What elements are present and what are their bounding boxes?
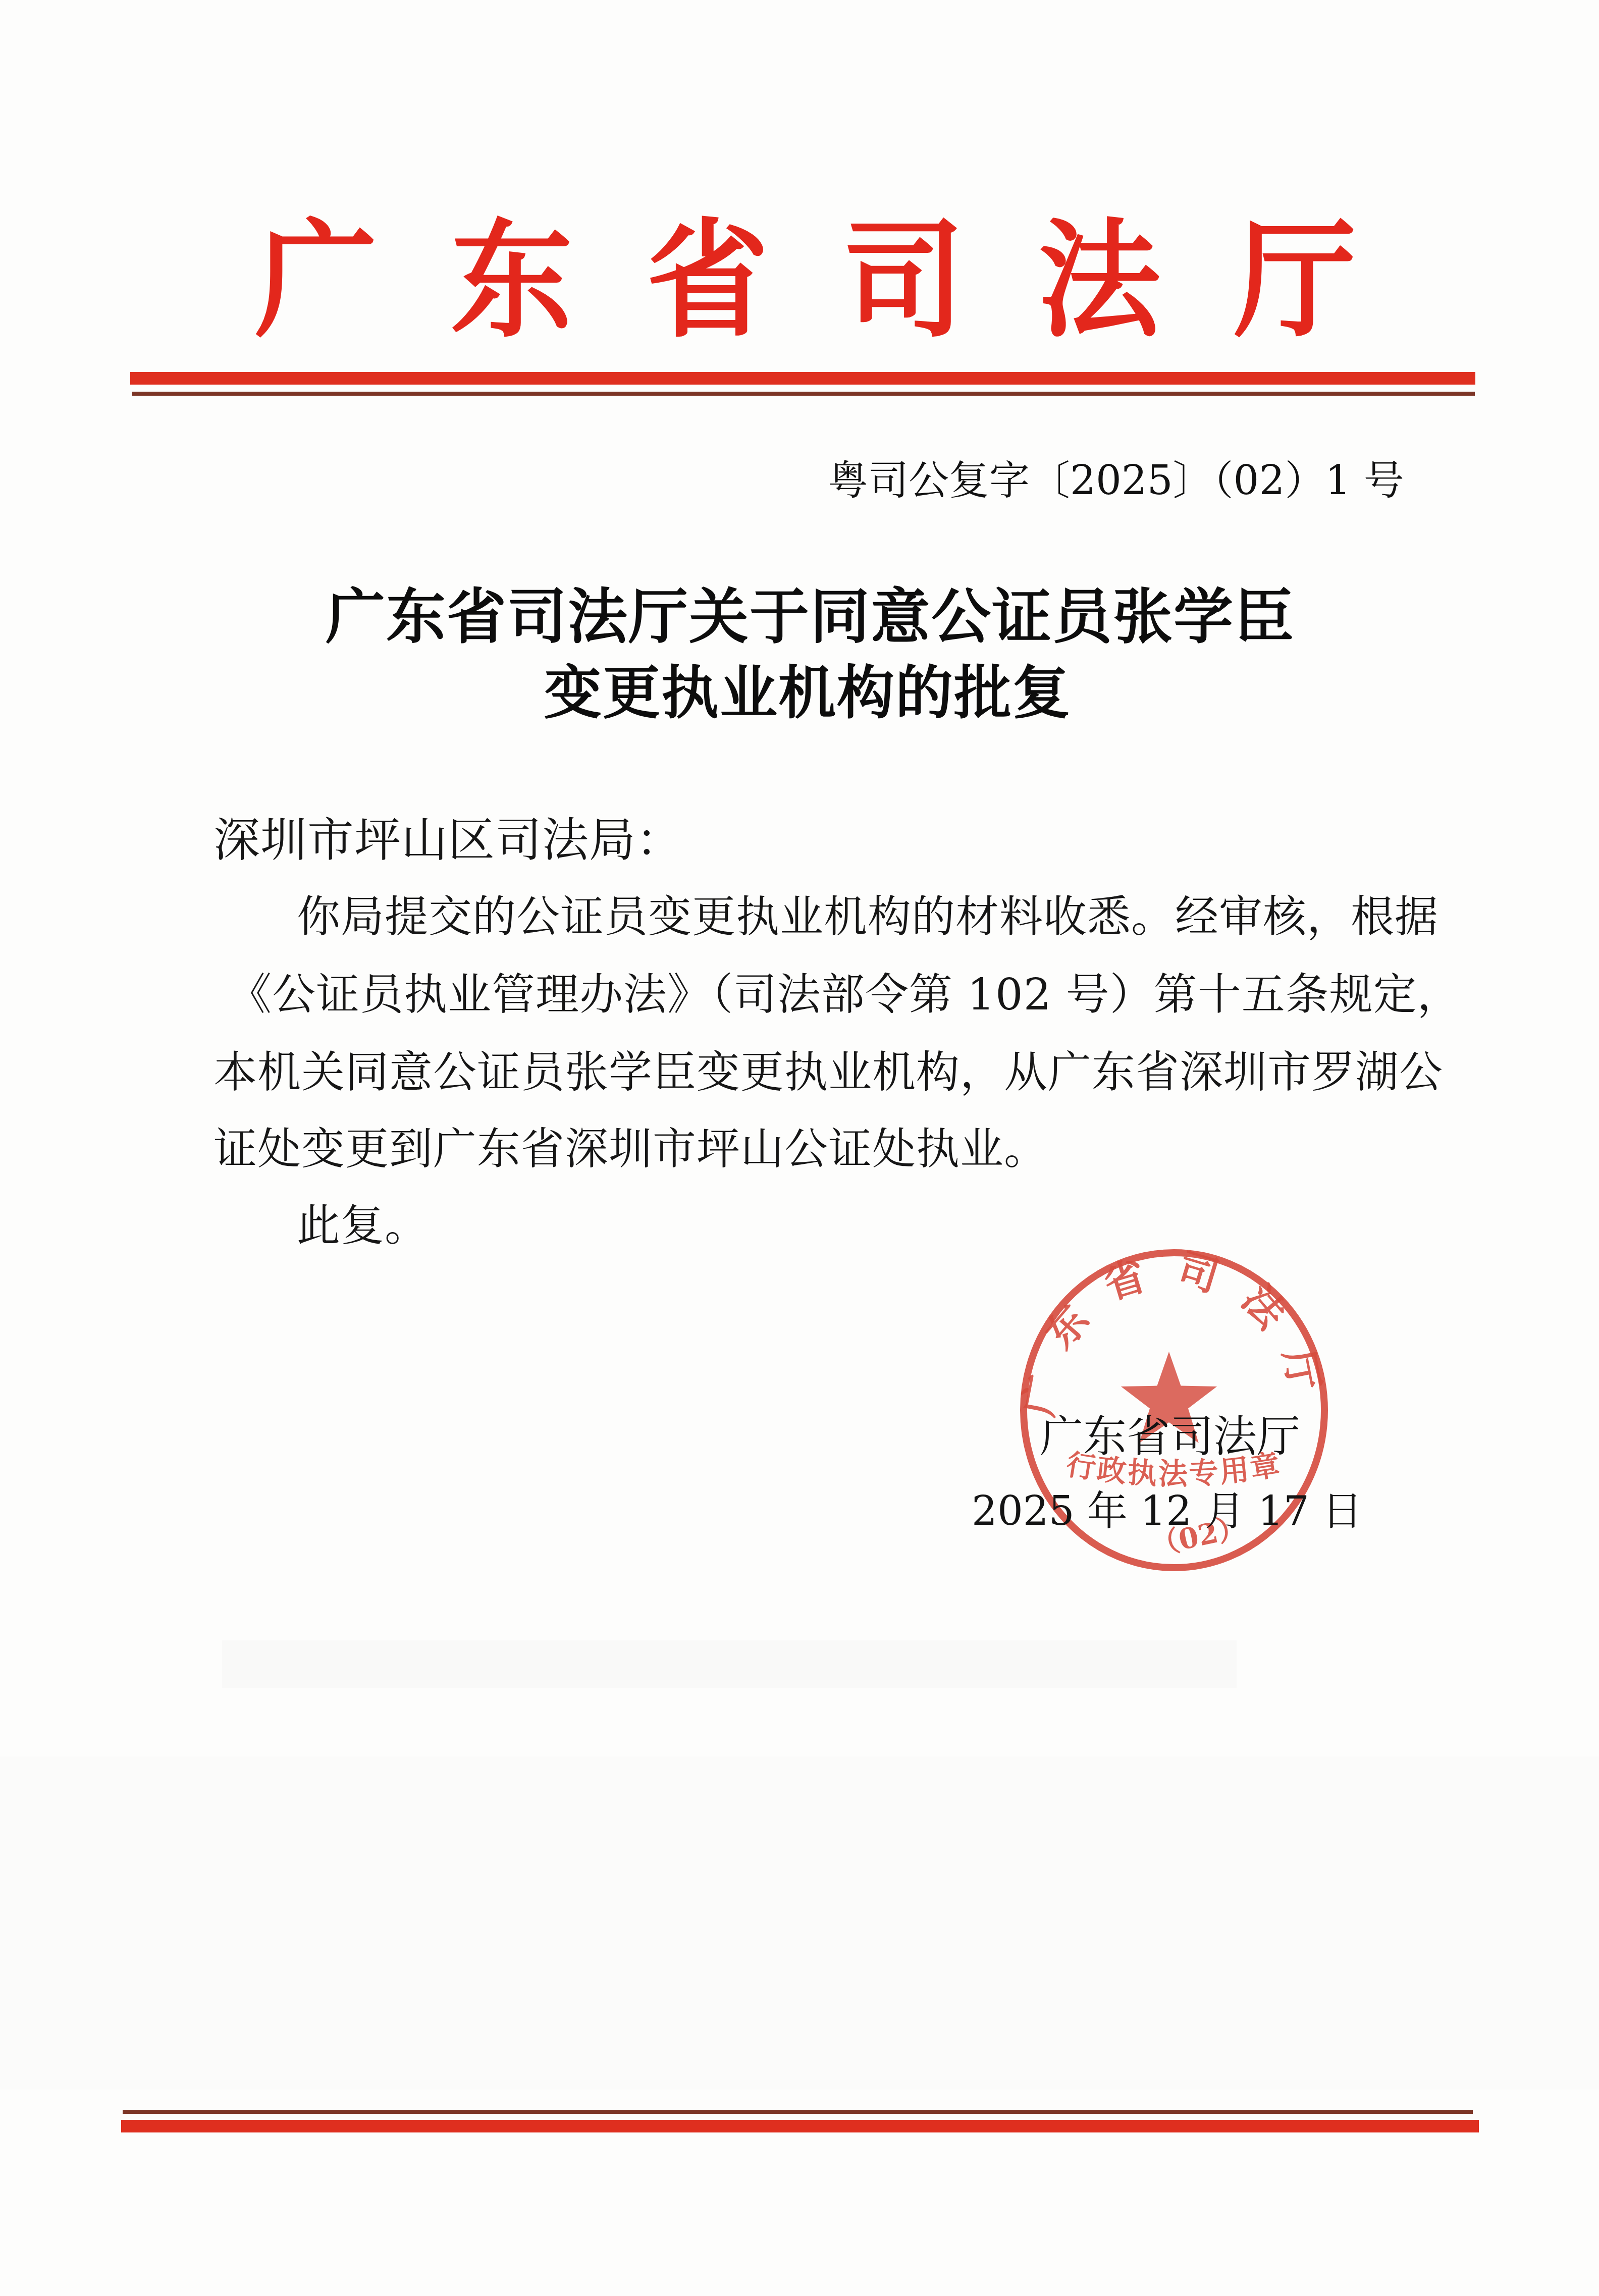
signature-agency-name: 广东省司法厅 — [1040, 1413, 1300, 1461]
footer-rule-thin — [123, 2110, 1473, 2114]
signature-date: 2025 年 12 月 17 日 — [972, 1489, 1362, 1533]
document-reference-number: 粤司公复字〔2025〕（02）1 号 — [828, 458, 1404, 503]
letterhead-agency-name: 广东省司法厅 — [255, 217, 1430, 344]
letterhead-rule-thin — [132, 392, 1475, 396]
document-title-line2: 变更执业机构的批复 — [544, 663, 1071, 723]
body-line: 《公证员执业管理办法》（司法部令第 102 号）第十五条规定， — [228, 970, 1461, 1020]
addressee-line: 深圳市坪山区司法局： — [214, 814, 683, 867]
scan-shade-artifact — [0, 1756, 1599, 2090]
body-line: 你局提交的公证员变更执业机构的材料收悉。经审核，根据 — [297, 892, 1438, 942]
scan-shade-artifact — [222, 1640, 1237, 1688]
letterhead-rule-thick — [130, 372, 1475, 385]
scanned-official-document: 广东省司法厅 粤司公复字〔2025〕（02）1 号 广东省司法厅关于同意公证员张… — [0, 0, 1599, 2296]
body-line: 证处变更到广东省深圳市坪山公证处执业。 — [214, 1125, 1048, 1174]
document-title-line1: 广东省司法厅关于同意公证员张学臣 — [326, 585, 1295, 648]
footer-rule-thick — [121, 2120, 1479, 2132]
closing-line: 此复。 — [297, 1201, 429, 1251]
body-line: 本机关同意公证员张学臣变更执业机构，从广东省深圳市罗湖公 — [214, 1048, 1443, 1098]
